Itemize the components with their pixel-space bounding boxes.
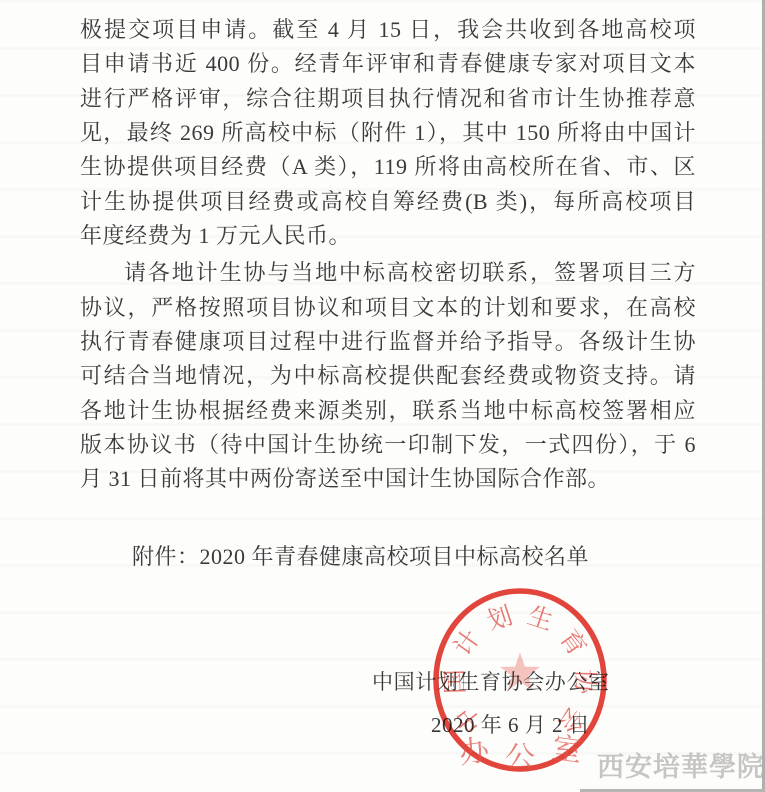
body-line: 目申请书近 400 份。经青年评审和青春健康专家对项目文本 — [80, 47, 696, 81]
body-line: 生协提供项目经费（A 类），119 所将由高校所在省、市、区 — [80, 150, 696, 184]
seal-bottom-text: 办公室 — [457, 732, 584, 775]
body-line: 协议，严格按照项目协议和项目文本的计划和要求，在高校 — [80, 291, 696, 325]
signature-office: 中国计划生育协会办公室 — [372, 670, 610, 694]
svg-text:公: 公 — [505, 742, 535, 775]
svg-text:办: 办 — [457, 733, 492, 770]
body-line: 各地计生协根据经费来源类别，联系当地中标高校签署相应 — [80, 394, 696, 428]
body-line: 极提交项目申请。截至 4 月 15 日，我会共收到各地高校项 — [80, 13, 696, 47]
svg-text:计: 计 — [449, 625, 486, 662]
body-line: 年度经费为 1 万元人民币。 — [80, 219, 696, 253]
body-line: 进行严格评审，综合往期项目执行情况和省市计生协推荐意 — [80, 82, 696, 116]
body-line: 月 31 日前将其中两份寄送至中国计生协国际合作部。 — [80, 462, 696, 496]
body-line: 请各地计生协与当地中标高校密切联系，签署项目三方 — [80, 256, 696, 290]
body-line: 版本协议书（待中国计生协统一印制下发，一式四份），于 6 — [80, 428, 696, 462]
svg-text:室: 室 — [550, 732, 584, 769]
svg-text:生: 生 — [524, 602, 557, 636]
svg-text:育: 育 — [554, 625, 591, 662]
body-line: 计生协提供项目经费或高校自筹经费(B 类)，每所高校项目 — [80, 185, 696, 219]
attachment-line: 附件：2020 年青春健康高校项目中标高校名单 — [132, 541, 589, 573]
body-line: 可结合当地情况，为中标高校提供配套经费或物资支持。请 — [80, 359, 696, 393]
watermark-text: 西安培華學院 — [597, 745, 765, 784]
document-page: 极提交项目申请。截至 4 月 15 日，我会共收到各地高校项 目申请书近 400… — [0, 0, 765, 792]
letter-body: 极提交项目申请。截至 4 月 15 日，我会共收到各地高校项 目申请书近 400… — [80, 13, 696, 497]
signature-date: 2020 年 6 月 2 日 — [431, 713, 590, 737]
svg-text:划: 划 — [483, 602, 516, 636]
body-line: 执行青春健康项目过程中进行监督并给予指导。各级计生协 — [80, 325, 696, 359]
body-line: 见，最终 269 所高校中标（附件 1），其中 150 所将由中国计 — [80, 116, 696, 150]
